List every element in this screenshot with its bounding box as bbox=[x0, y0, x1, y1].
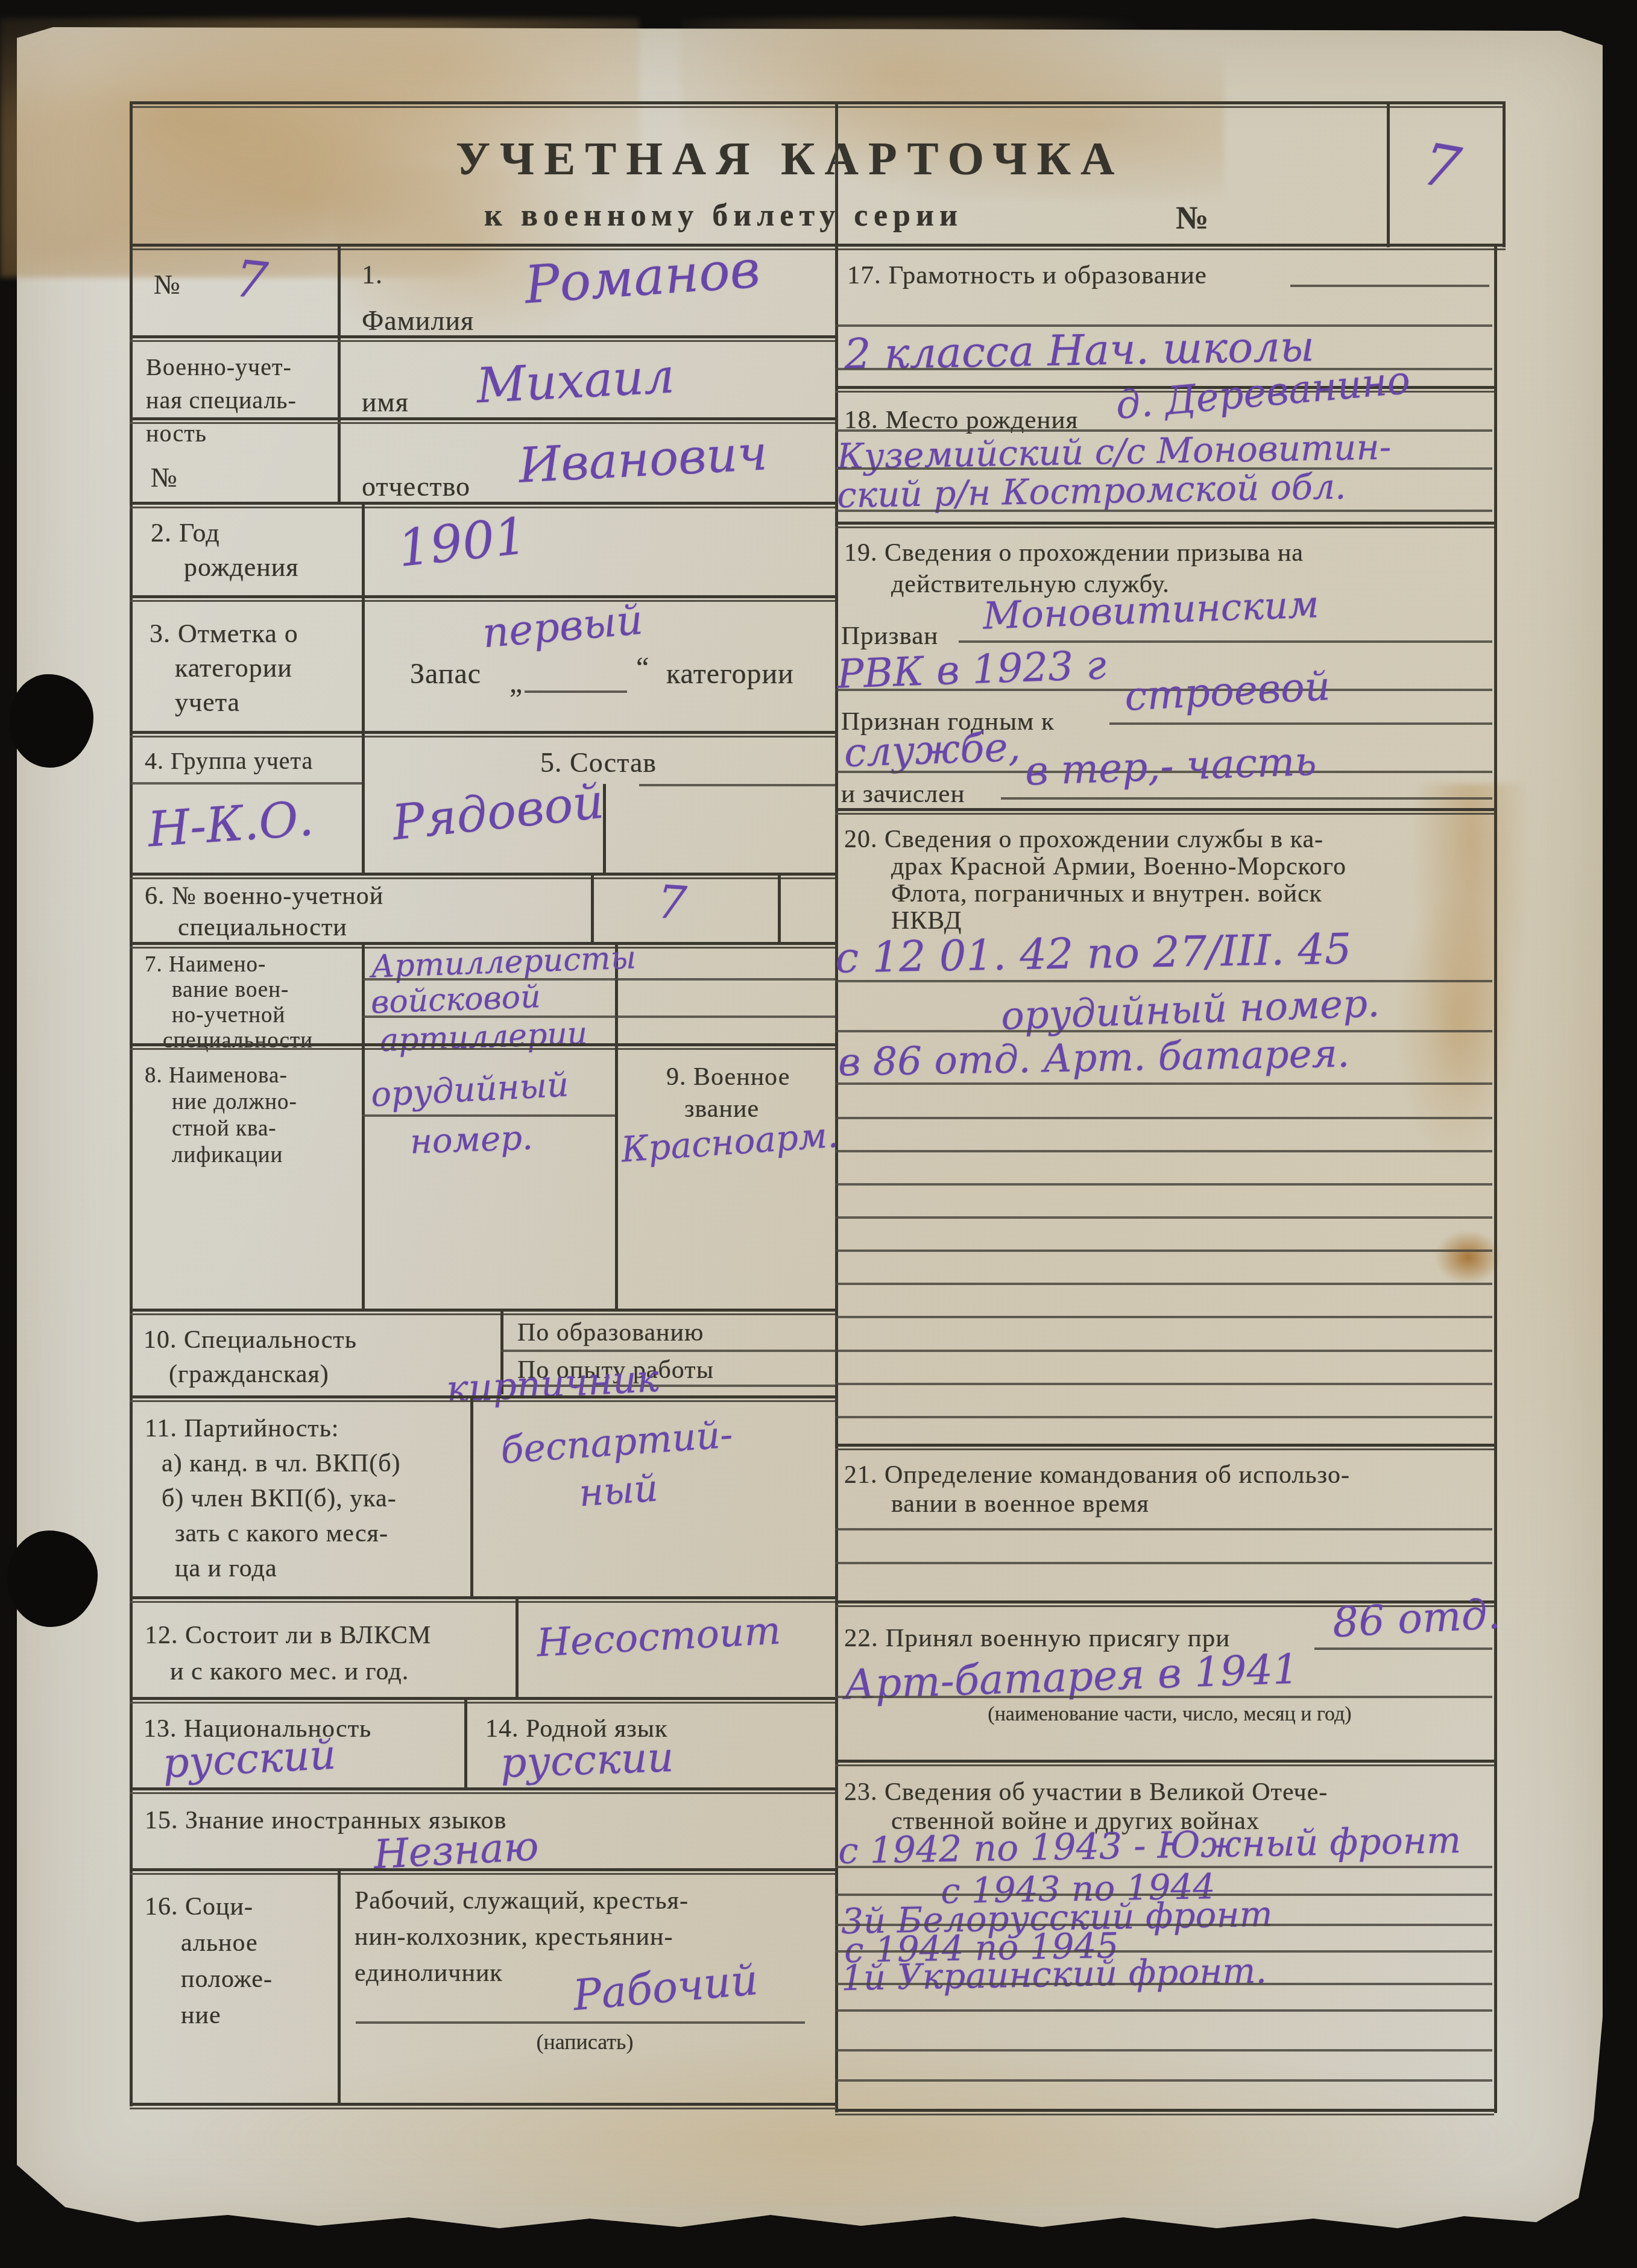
blank-rule bbox=[835, 1528, 1492, 1530]
corner-box-left bbox=[1387, 101, 1390, 247]
corner-box-right bbox=[1503, 101, 1506, 247]
rule bbox=[835, 1983, 1492, 1985]
divider bbox=[464, 1697, 467, 1787]
rule bbox=[835, 522, 1494, 528]
divider bbox=[362, 595, 365, 731]
field12-label-line: и с какого мес. и год. bbox=[170, 1657, 409, 1686]
nationality-entry: русский bbox=[162, 1731, 337, 1788]
table-center-divider bbox=[835, 101, 838, 2112]
rule bbox=[130, 1596, 835, 1603]
blank-rule bbox=[835, 1416, 1492, 1418]
by-education-label: По образованию bbox=[517, 1318, 704, 1347]
left-column-bottom-border bbox=[130, 2103, 836, 2109]
field16-options-line: Рабочий, служащий, крестья- bbox=[355, 1886, 689, 1915]
rule bbox=[130, 873, 835, 879]
military-registration-card-scan: УЧЕТНАЯ КАРТОЧКА к военному билету серии… bbox=[0, 0, 1637, 2268]
field11-label-line: 11. Партийность: bbox=[145, 1414, 339, 1443]
rule bbox=[130, 1309, 835, 1315]
field21-label-line: 21. Определение командования об использо… bbox=[844, 1461, 1350, 1489]
blank-rule bbox=[835, 1383, 1492, 1385]
rule bbox=[1001, 797, 1492, 800]
blank-rule bbox=[835, 2009, 1492, 2012]
blank-rule bbox=[525, 690, 627, 693]
rule bbox=[130, 1868, 835, 1875]
vus-no-entry: 7 bbox=[232, 248, 270, 311]
field8-label-line: лификации bbox=[172, 1142, 283, 1168]
native-language-entry: русскии bbox=[500, 1734, 675, 1787]
rule bbox=[1314, 1647, 1492, 1650]
field6-label-line: специальности bbox=[178, 913, 347, 942]
field7-label-line: но-учетной bbox=[172, 1002, 285, 1028]
field16-label-line: ние bbox=[181, 2001, 221, 2030]
service-entry-line: с 12 01. 42 по 27/III. 45 bbox=[834, 924, 1352, 983]
surname-label: Фамилия bbox=[362, 305, 474, 336]
trio-subdivider bbox=[338, 244, 341, 502]
blank-rule bbox=[835, 1316, 1492, 1318]
rule bbox=[130, 335, 835, 342]
vus-no-sign: № bbox=[154, 268, 181, 300]
rule bbox=[835, 1030, 1492, 1032]
rule bbox=[959, 640, 1492, 643]
blank-rule bbox=[835, 2079, 1492, 2082]
rule bbox=[130, 731, 835, 738]
rule bbox=[835, 1696, 1492, 1698]
field23-label-line: 23. Сведения об участии в Великой Отече- bbox=[844, 1778, 1328, 1807]
field11-label-line: б) член ВКП(б), ука- bbox=[162, 1484, 397, 1513]
field21-label-line: вании в военное время bbox=[891, 1489, 1149, 1518]
field3-label-line: учета bbox=[175, 687, 240, 718]
series-no-sign: № bbox=[1176, 199, 1214, 236]
vus-no2-sign: № bbox=[151, 461, 178, 493]
rule bbox=[500, 1350, 835, 1352]
service-entry-line: в 86 отд. Арт. батарея. bbox=[837, 1032, 1349, 1085]
divider bbox=[603, 784, 606, 873]
field20-label-line: 20. Сведения о прохождении службы в ка- bbox=[844, 825, 1323, 854]
rule bbox=[130, 1395, 835, 1402]
field7-label-line: вание воен- bbox=[172, 977, 289, 1003]
rule bbox=[130, 417, 835, 424]
divider bbox=[362, 1043, 365, 1309]
rule bbox=[130, 502, 835, 508]
education-entry: 2 класса Нач. школы bbox=[844, 321, 1314, 379]
field8-label-line: 8. Наименова- bbox=[145, 1063, 288, 1088]
rule bbox=[362, 1114, 615, 1117]
divider bbox=[516, 1596, 519, 1697]
field6-label-line: 6. № военно-учетной bbox=[145, 882, 383, 911]
patronymic-label: отчество bbox=[362, 470, 470, 502]
kategorii-label: категории bbox=[666, 657, 794, 690]
corner-box-bottom bbox=[1387, 244, 1506, 250]
table-top-border bbox=[130, 101, 1504, 108]
divider bbox=[362, 942, 365, 1043]
rule bbox=[130, 782, 362, 785]
field22-caption: (наименование части, число, месяц и год) bbox=[868, 1703, 1471, 1726]
zapas-label: Запас bbox=[410, 657, 481, 690]
field20-label-line: драх Красной Армии, Военно-Морского bbox=[891, 852, 1346, 881]
field16-options-line: единоличник bbox=[355, 1959, 503, 1988]
godnym-entry-line: службе, bbox=[844, 724, 1021, 776]
divider bbox=[470, 1395, 473, 1596]
name-label: имя bbox=[362, 386, 409, 418]
field2-label-line: 2. Год bbox=[151, 517, 220, 548]
rule bbox=[835, 980, 1492, 982]
rule bbox=[362, 978, 835, 981]
divider bbox=[362, 502, 365, 595]
field9-label-line: 9. Военное bbox=[666, 1063, 790, 1091]
name-entry: Михаил bbox=[475, 347, 676, 414]
oath-entry-line: 86 отд. bbox=[1331, 1591, 1501, 1647]
divider bbox=[778, 873, 781, 942]
blank-rule bbox=[835, 1350, 1492, 1352]
vus-label-line: Военно-учет- bbox=[146, 353, 292, 381]
blank-rule bbox=[835, 1283, 1492, 1285]
qualification-entry-line: номер. bbox=[409, 1118, 534, 1161]
field10-label-line: 10. Специальность bbox=[144, 1325, 357, 1354]
close-quote: “ bbox=[636, 651, 649, 684]
field22-label: 22. Принял военную присягу при bbox=[844, 1623, 1230, 1653]
field9-label-line: звание bbox=[684, 1095, 759, 1123]
field3-label-line: 3. Отметка о bbox=[150, 618, 298, 649]
field4-label: 4. Группа учета bbox=[145, 747, 313, 775]
prizvan-label: Призван bbox=[841, 621, 938, 651]
vus-label-line: ная специаль- bbox=[146, 386, 297, 414]
rule bbox=[362, 1016, 835, 1018]
war-entry-line: 1й Украинский фронт. bbox=[841, 1950, 1267, 1998]
open-quote: „ bbox=[509, 666, 523, 700]
rule bbox=[835, 1760, 1494, 1766]
field2-label-line: рождения bbox=[184, 552, 299, 583]
rule bbox=[835, 510, 1492, 512]
vus-number-entry: 7 bbox=[655, 874, 688, 930]
field1-num: 1. bbox=[362, 259, 383, 290]
field11-label-line: а) канд. в чл. ВКП(б) bbox=[162, 1449, 401, 1478]
blank-rule bbox=[835, 1183, 1492, 1186]
blank-rule bbox=[835, 1150, 1492, 1152]
table-right-border bbox=[1494, 244, 1497, 2113]
rule bbox=[130, 1787, 835, 1794]
divider bbox=[338, 1868, 341, 2104]
field11-label-line: ца и года bbox=[175, 1554, 277, 1583]
right-column-bottom-border bbox=[835, 2109, 1494, 2115]
field19-label-line: 19. Сведения о прохождении призыва на bbox=[844, 539, 1304, 567]
card-subtitle: к военному билету серии bbox=[326, 198, 1121, 233]
zachislen-label: и зачислен bbox=[841, 779, 965, 809]
blank-rule bbox=[835, 1216, 1492, 1219]
divider bbox=[615, 1043, 618, 1309]
group-entry: Н-К.О. bbox=[146, 791, 315, 858]
rule bbox=[639, 784, 835, 786]
vus-name-entry-line: артиллерии bbox=[379, 1016, 588, 1059]
table-left-border bbox=[130, 101, 133, 2106]
rule bbox=[835, 1924, 1492, 1926]
rule bbox=[130, 1697, 835, 1704]
field12-label-line: 12. Состоит ли в ВЛКСМ bbox=[145, 1621, 431, 1650]
rule bbox=[1109, 722, 1492, 725]
rule bbox=[130, 595, 835, 602]
rule bbox=[835, 1444, 1494, 1450]
card-title: УЧЕТНАЯ КАРТОЧКА bbox=[320, 131, 1260, 186]
field11-label-line: зать с какого меся- bbox=[175, 1519, 388, 1548]
field16-label-line: 16. Соци- bbox=[145, 1892, 253, 1921]
blank-rule bbox=[835, 2049, 1492, 2052]
field7-label-line: 7. Наимено- bbox=[145, 952, 266, 978]
field17-label: 17. Грамотность и образование bbox=[847, 261, 1207, 290]
vus-name-entry-line: войсковой bbox=[370, 979, 541, 1021]
rule bbox=[356, 2021, 805, 2024]
party-entry-line: ный bbox=[578, 1466, 660, 1515]
blank-rule bbox=[835, 1249, 1492, 1252]
field16-label-line: положе- bbox=[181, 1965, 273, 1994]
rule bbox=[835, 1082, 1492, 1085]
field16-options-line: нин-колхозник, крестьянин- bbox=[355, 1922, 673, 1951]
field8-label-line: стной ква- bbox=[172, 1116, 277, 1142]
rule bbox=[130, 1043, 835, 1050]
field16-label-line: альное bbox=[181, 1928, 258, 1957]
blank-rule bbox=[835, 1117, 1492, 1119]
rule bbox=[1290, 285, 1489, 287]
blank-rule bbox=[835, 1562, 1492, 1564]
divider bbox=[591, 873, 594, 942]
rule bbox=[835, 808, 1494, 815]
field16-caption: (написать) bbox=[422, 2029, 748, 2055]
field8-label-line: ние должно- bbox=[172, 1089, 297, 1115]
field10-label-line: (гражданская) bbox=[169, 1360, 329, 1389]
field20-label-line: Флота, пограничных и внутрен. войск bbox=[891, 879, 1322, 908]
field3-label-line: категории bbox=[175, 652, 292, 683]
